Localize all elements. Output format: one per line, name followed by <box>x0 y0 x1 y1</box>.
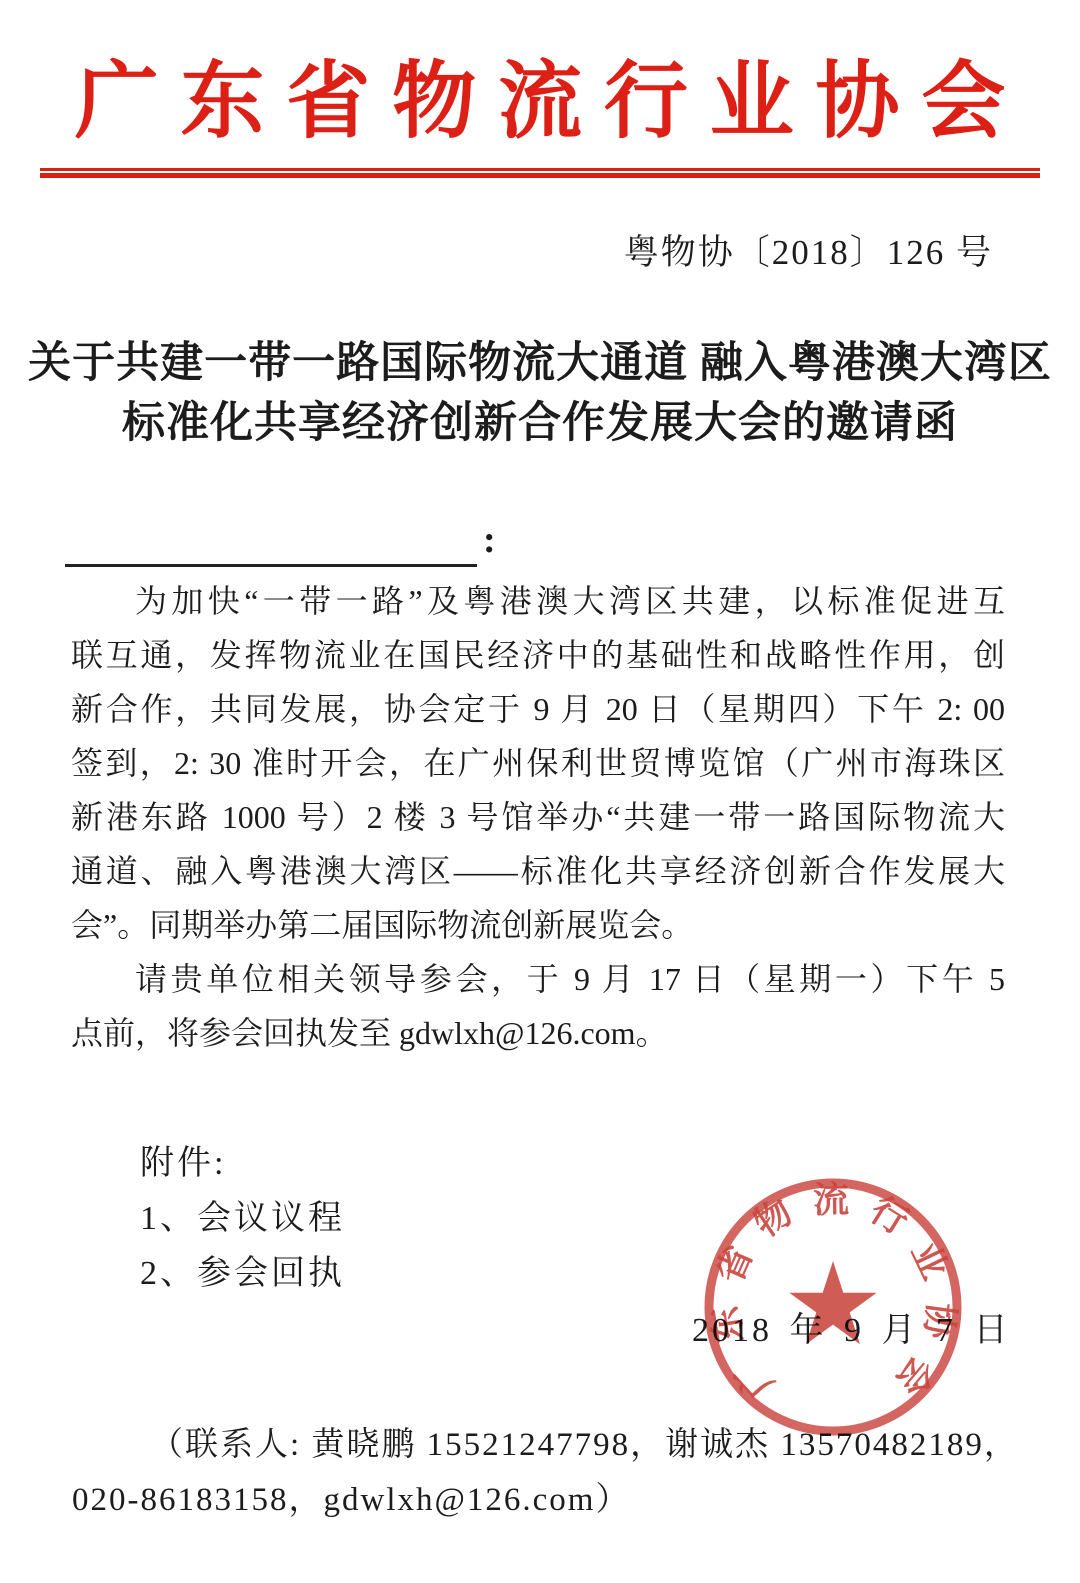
body-text: 为加快“一带一路”及粤港澳大湾区共建，以标准促进互 联互通，发挥物流业在国民经济… <box>71 574 1005 1060</box>
letterhead-title: 广东省物流行业协会 <box>0 58 1080 148</box>
body-line: 联互通，发挥物流业在国民经济中的基础性和战略性作用，创 <box>71 628 1005 682</box>
body-line: 请贵单位相关领导参会，于 9 月 17 日（星期一）下午 5 <box>71 952 1005 1006</box>
contact-info-line-1: （联系人: 黄晓鹏 15521247798，谢诚杰 13570482189， <box>150 1418 1019 1472</box>
attachments-label: 附件: <box>140 1136 345 1191</box>
body-line: 会”。同期举办第二届国际物流创新展览会。 <box>71 898 1005 952</box>
recipient-colon: : <box>483 518 496 562</box>
body-line: 新合作，共同发展，协会定于 9 月 20 日（星期四）下午 2: 00 <box>71 682 1005 736</box>
body-line: 签到，2: 30 准时开会，在广州保利世贸博览馆（广州市海珠区 <box>71 736 1005 790</box>
body-line: 新港东路 1000 号）2 楼 3 号馆举办“共建一带一路国际物流大 <box>71 790 1005 844</box>
document-number: 粤物协〔2018〕126 号 <box>624 228 993 278</box>
body-line: 点前，将参会回执发至 gdwlxh@126.com。 <box>71 1006 1005 1060</box>
body-line: 为加快“一带一路”及粤港澳大湾区共建，以标准促进互 <box>71 574 1005 628</box>
body-line: 通道、融入粤港澳大湾区——标准化共享经济创新合作发展大 <box>71 844 1005 898</box>
document-title: 关于共建一带一路国际物流大通道 融入粤港澳大湾区 标准化共享经济创新合作发展大会… <box>0 334 1080 454</box>
letterhead-divider-line <box>40 168 1040 178</box>
document-title-line-1: 关于共建一带一路国际物流大通道 融入粤港澳大湾区 <box>0 334 1080 394</box>
attachment-item-1: 1、会议议程 <box>140 1191 345 1246</box>
seal-curved-text: 广东省物流行业协会 <box>705 1180 961 1406</box>
issue-date: 2018 年 9 月 7 日 <box>692 1304 1011 1358</box>
contact-info-line-2: 020-86183158，gdwlxh@126.com） <box>72 1473 630 1527</box>
document-page: 广东省物流行业协会 粤物协〔2018〕126 号 关于共建一带一路国际物流大通道… <box>0 0 1080 1583</box>
attachments-list: 附件: 1、会议议程 2、参会回执 <box>140 1136 345 1301</box>
attachment-item-2: 2、参会回执 <box>140 1246 345 1301</box>
document-title-line-2: 标准化共享经济创新合作发展大会的邀请函 <box>0 394 1080 454</box>
recipient-blank-underline <box>65 564 477 567</box>
